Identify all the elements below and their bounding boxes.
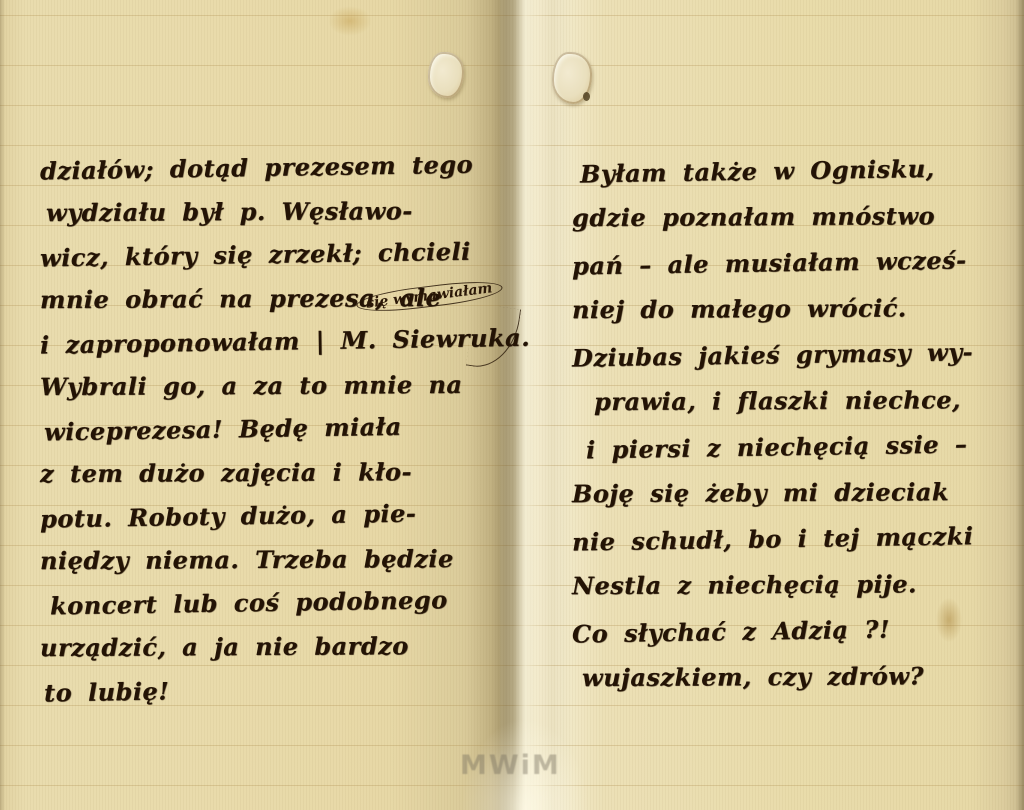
handwritten-line: wydziału był p. Węsławo- xyxy=(46,188,480,234)
handwritten-line: wujaszkiem, czy zdrów? xyxy=(582,653,1020,701)
handwritten-line: niej do małego wrócić. xyxy=(572,285,1020,333)
handwritten-line: gdzie poznałam mnóstwo xyxy=(572,193,1020,241)
handwritten-line: Nestla z niechęcią pije. xyxy=(572,561,1020,609)
watermark: MWiM xyxy=(460,750,561,781)
paper-damage-spot-left xyxy=(428,52,464,98)
handwritten-line: urządzić, a ja nie bardzo xyxy=(40,623,480,669)
handwritten-line: niędzy niema. Trzeba będzie xyxy=(40,536,480,582)
handwritten-line: działów; dotąd prezesem tego xyxy=(40,143,481,193)
handwritten-line: Byłam także w Ognisku, xyxy=(580,145,1021,198)
scan-edge-right xyxy=(1016,0,1024,810)
handwritten-line: to lubię! xyxy=(44,665,481,715)
scan-edge-left xyxy=(0,0,5,810)
handwritten-line: z tem dużo zajęcia i kło- xyxy=(40,449,480,495)
letter-scan: działów; dotąd prezesem tego wydziału by… xyxy=(0,0,1024,810)
left-page-text: działów; dotąd prezesem tego wydziału by… xyxy=(40,146,480,712)
ink-dot xyxy=(583,92,590,101)
handwritten-line: prawia, i flaszki niechce, xyxy=(594,377,1020,425)
handwritten-line: i piersi z niechęcią ssie – xyxy=(586,421,1021,474)
handwritten-line: Wybrali go, a za to mnie na xyxy=(40,362,480,408)
handwritten-line: i zaproponowałam | M. Siewruka. xyxy=(40,317,481,367)
handwritten-line: potu. Roboty dużo, a pie- xyxy=(40,491,481,541)
handwritten-line: Co słychać z Adzią ?! xyxy=(572,604,1021,657)
handwritten-line: wiceprezesa! Będę miała xyxy=(44,404,481,454)
handwritten-line: pań – ale musiałam wcześ- xyxy=(572,236,1021,289)
handwritten-line: Boję się żeby mi dzieciak xyxy=(572,469,1020,517)
handwritten-line: Dziubas jakieś grymasy wy- xyxy=(572,328,1021,381)
handwritten-line: nie schudł, bo i tej mączki xyxy=(572,512,1021,565)
handwritten-line: wicz, który się zrzekł; chcieli xyxy=(40,230,481,280)
stain xyxy=(328,6,372,36)
right-page-text: Byłam także w Ognisku, gdzie poznałam mn… xyxy=(572,148,1020,700)
handwritten-line: koncert lub coś podobnego xyxy=(50,578,481,628)
